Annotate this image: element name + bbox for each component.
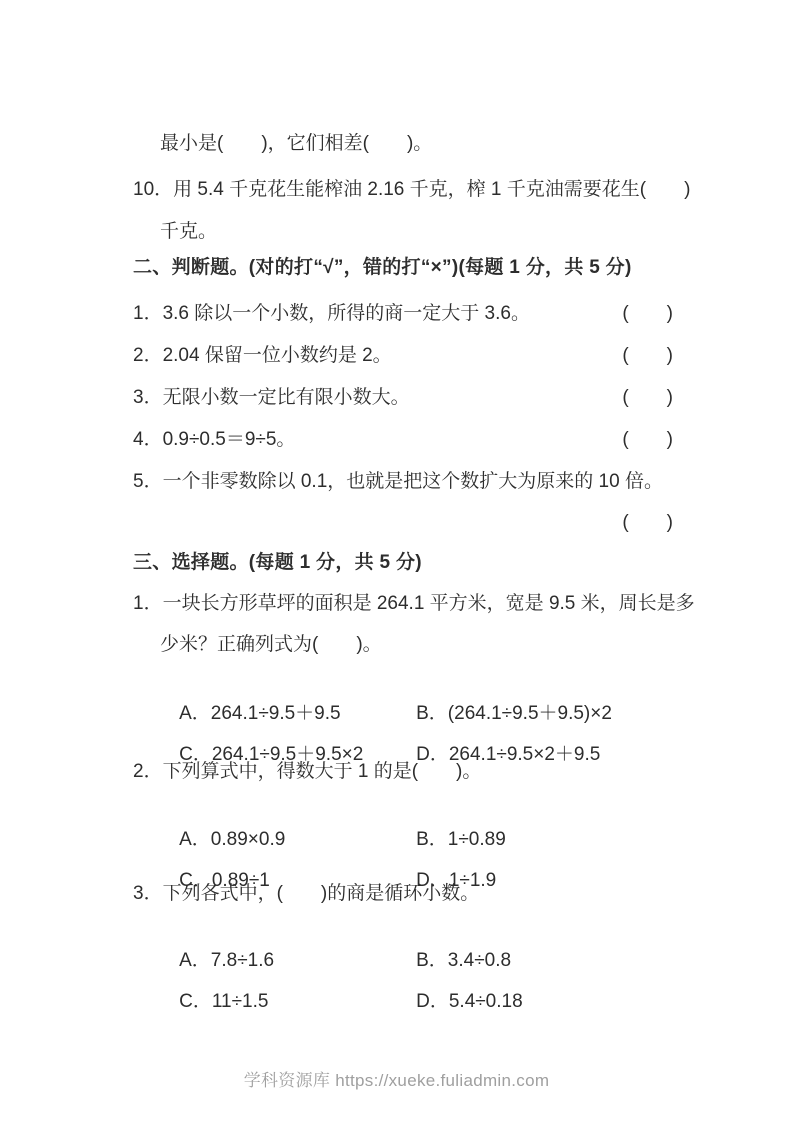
- judge-item-4-text: 4．0.9÷0.5＝9÷5。: [133, 426, 295, 453]
- choice-q3-line1: 3．下列各式中，( )的商是循环小数。: [133, 880, 479, 907]
- section-judge-heading: 二、判断题。(对的打“√”，错的打“×”)(每题 1 分，共 5 分): [133, 254, 632, 281]
- judge-item-5-answer-parentheses: ( ): [133, 509, 673, 536]
- judge-item-5: 5．一个非零数除以 0.1，也就是把这个数扩大为原来的 10 倍。: [133, 468, 663, 495]
- judge-item-1-answer-parentheses: ( ): [622, 300, 673, 327]
- judge-item-4: 4．0.9÷0.5＝9÷5。 ( ): [133, 426, 673, 453]
- footer-watermark: 学科资源库 https://xueke.fuliadmin.com: [0, 1066, 793, 1091]
- judge-item-4-answer-parentheses: ( ): [622, 426, 673, 453]
- choice-q2-line1: 2．下列算式中，得数大于 1 的是( )。: [133, 758, 481, 785]
- judge-item-2: 2．2.04 保留一位小数约是 2。 ( ): [133, 342, 673, 369]
- judge-item-1-text: 1．3.6 除以一个小数，所得的商一定大于 3.6。: [133, 300, 530, 327]
- exam-page: 最小是( )，它们相差( )。 10．用 5.4 千克花生能榨油 2.16 千克…: [0, 0, 793, 1122]
- question-10-line1: 10．用 5.4 千克花生能榨油 2.16 千克，榨 1 千克油需要花生( ): [133, 176, 690, 203]
- question-9-continuation: 最小是( )，它们相差( )。: [160, 130, 432, 157]
- judge-item-3: 3．无限小数一定比有限小数大。 ( ): [133, 384, 673, 411]
- judge-item-3-text: 3．无限小数一定比有限小数大。: [133, 384, 410, 411]
- judge-item-2-answer-parentheses: ( ): [622, 342, 673, 369]
- choice-q1-line1: 1．一块长方形草坪的面积是 264.1 平方米，宽是 9.5 米，周长是多: [133, 590, 695, 617]
- choice-q1-line2: 少米？正确列式为( )。: [160, 631, 382, 658]
- section-choice-heading: 三、选择题。(每题 1 分，共 5 分): [133, 549, 422, 576]
- choice-q3-option-d: D．5.4÷0.18: [416, 991, 523, 1012]
- choice-q3-options-cd: C．11÷1.5D．5.4÷0.18: [158, 961, 718, 1042]
- judge-item-1: 1．3.6 除以一个小数，所得的商一定大于 3.6。 ( ): [133, 300, 673, 327]
- choice-q3-option-c: C．11÷1.5: [179, 988, 416, 1015]
- judge-item-3-answer-parentheses: ( ): [622, 384, 673, 411]
- question-10-line2: 千克。: [160, 218, 217, 245]
- judge-item-2-text: 2．2.04 保留一位小数约是 2。: [133, 342, 392, 369]
